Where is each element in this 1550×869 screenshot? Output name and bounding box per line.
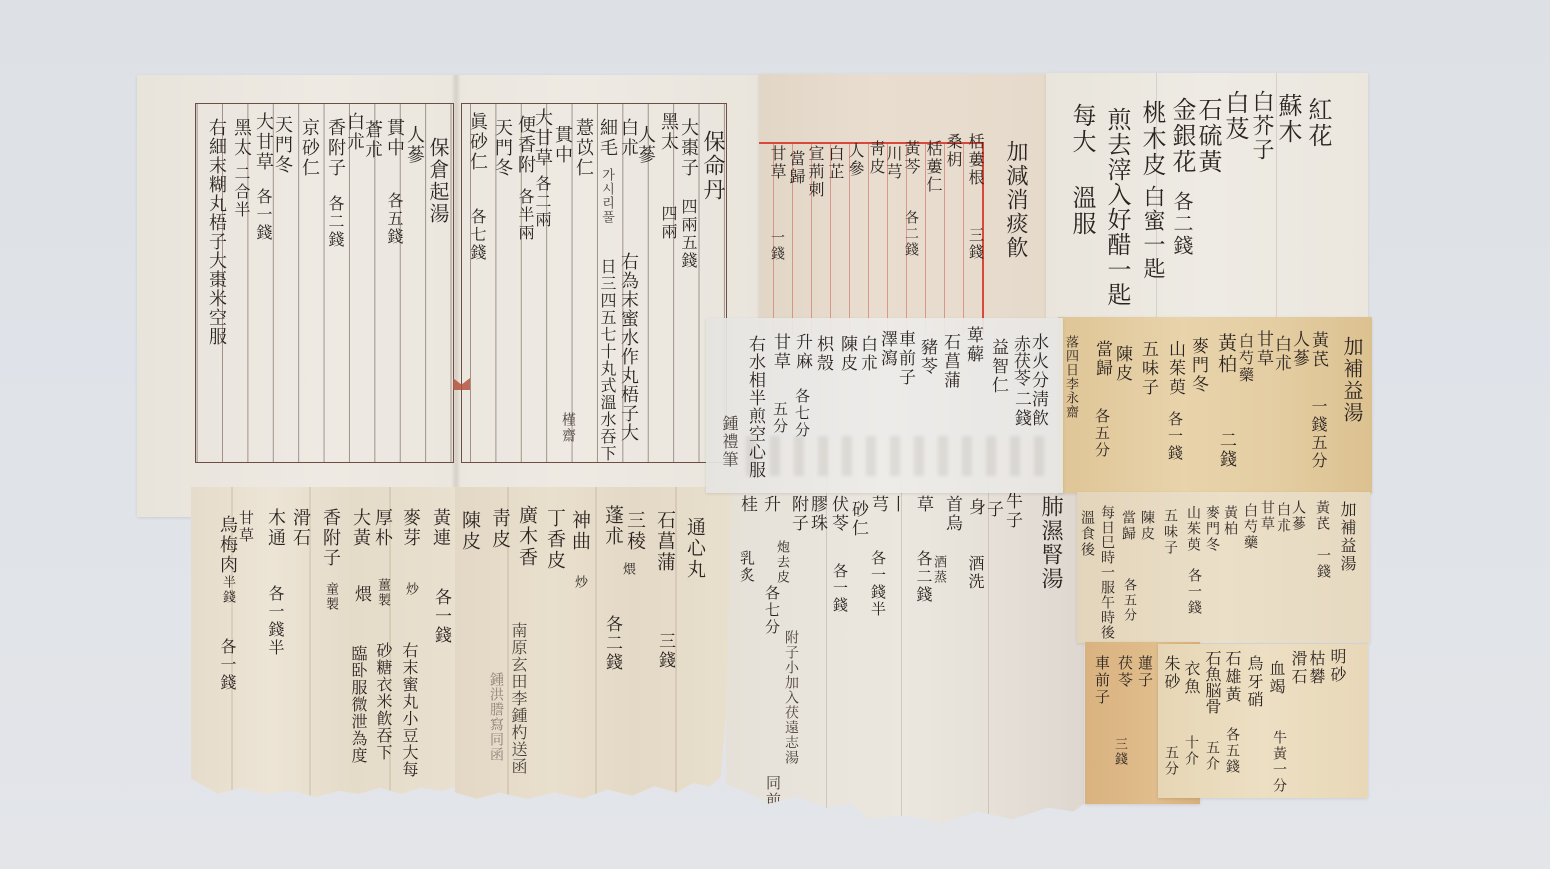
herb-name: 香附子 — [321, 508, 339, 568]
herb-name: 五味子 — [1139, 340, 1156, 397]
herb-prep: 半錢 — [221, 575, 234, 605]
herb-name: 甘草 — [1260, 500, 1274, 532]
herb-name: 麥芽 — [401, 508, 419, 548]
herb-name: 厚朴 — [373, 508, 391, 548]
herb-dose: 各五分 — [1094, 408, 1109, 459]
herb-name: 麥門冬 — [1189, 337, 1206, 394]
herb-name: 黑太 — [232, 118, 250, 158]
herb-name: 栝蔞仁 — [925, 140, 941, 194]
herb-name: 廣木香 — [517, 505, 536, 568]
herb-dose: 各一錢 — [255, 188, 271, 242]
prescription-title: 加減消痰飮 — [1004, 140, 1026, 260]
herb-name: 附子 — [789, 495, 806, 533]
herb-dose: 各一錢 — [432, 588, 449, 645]
paper-crease — [595, 487, 597, 802]
herb-name: 紅花 — [1306, 97, 1330, 149]
herb-name: 黃柏 — [1223, 505, 1237, 537]
preparation-instructions: 右細末糊丸梧子大棗米空服 — [207, 118, 225, 346]
herb-dose: 各七錢 — [469, 208, 485, 262]
herb-name: 香附子 — [326, 118, 344, 178]
herb-name: 丁香皮 — [545, 508, 564, 571]
herb-name: 大棗子 — [679, 118, 697, 178]
herb-name: 石菖蒲 — [655, 510, 674, 573]
herb-name: 白芨 — [1223, 90, 1247, 142]
herb-dose: 各一錢 — [219, 638, 235, 692]
herb-name: 烏牙硝 — [1246, 655, 1262, 709]
herb-name: 白芍藥 — [1238, 333, 1253, 384]
prescription-sheet-boik-a: 加補益湯 黃芪 一錢五分 人蔘 白朮 甘草 白芍藥 黃柏 二錢 麥門冬 山茱萸 … — [1058, 317, 1372, 493]
herb-name: 貫中 — [553, 125, 571, 165]
herb-name: 靑皮 — [868, 140, 884, 176]
preparation-instructions: 砂糖衣米飮吞下 — [375, 642, 391, 761]
herb-dose: 四兩 — [660, 205, 676, 241]
herb-name: 五味子 — [1163, 508, 1177, 556]
herb-name: 明砂 — [1329, 648, 1345, 684]
herb-name: 草 — [914, 495, 931, 514]
herb-name: 白芍藥 — [1243, 503, 1257, 551]
herb-name: 貫中 — [385, 118, 403, 158]
herb-name: 子 — [984, 500, 1001, 519]
herb-dose: 各五錢 — [1225, 727, 1239, 775]
herb-prep: 童製 — [324, 582, 337, 612]
herb-name: 黃芪 — [1315, 500, 1329, 532]
sender-signature: 南原玄田李鍾杓送函 — [510, 622, 526, 775]
prescription-title: 肺濕腎湯 — [1039, 495, 1061, 591]
herb-name: 黃柏 — [1216, 333, 1235, 375]
herb-dose: 三錢 — [656, 632, 673, 670]
herb-name: 枯礬 — [1308, 650, 1324, 686]
herb-dose: 各五分 — [1122, 578, 1135, 623]
herb-dose: 各二錢 — [904, 210, 918, 258]
herb-dose: 各二錢 — [1172, 191, 1192, 257]
center-fold — [451, 75, 461, 517]
herb-name: 首烏 — [943, 495, 960, 533]
herb-name: 人蔘 — [405, 125, 423, 165]
herb-name: 神曲 — [570, 510, 589, 552]
herb-name: 芎 — [869, 495, 886, 514]
herb-name: 白朮 — [858, 335, 875, 373]
herb-name: 車前子 — [1094, 655, 1109, 706]
preparation-instructions: 右水相半煎空心服 — [746, 335, 763, 479]
herb-name: 大黃 — [351, 508, 369, 548]
herb-name: 天門冬 — [273, 115, 291, 175]
prescription-sheet-subhwa-tissue: 水火分淸飮 赤茯苓 二錢 益智仁 萆薢 石菖蒲 豬苓 車前子 澤瀉 白朮 陳皮 … — [706, 318, 1063, 493]
total-dose: 三錢 — [1113, 737, 1126, 767]
herb-name: 升 — [761, 495, 778, 514]
herb-name: 木通 — [266, 508, 284, 548]
herb-name: 血竭 — [1268, 660, 1284, 696]
herb-name: 甘草 — [771, 333, 788, 371]
herb-dose: 四兩五錢 — [680, 198, 696, 270]
herb-name: 烏梅肉 — [218, 515, 236, 575]
herb-prep: 煨 — [621, 562, 634, 577]
herb-name: 大甘草 — [254, 112, 272, 172]
prescription-slip-mingsha: 明砂 枯礬 滑石 血竭 牛黃一分 烏牙硝 石雄黃 各五錢 石魚脳骨 五介 衣魚 … — [1158, 644, 1368, 798]
herb-dose: 各二錢 — [603, 615, 620, 672]
herb-name: 白朮 — [1272, 335, 1289, 373]
herb-name: 萆薢 — [964, 326, 981, 364]
herb-name: 白芥子 — [1250, 90, 1272, 162]
herb-name: 當歸 — [1093, 340, 1110, 378]
prescription-title: 水火分淸飮 — [1029, 333, 1046, 428]
herb-name: 甘草 — [769, 145, 785, 181]
prescription-title: 加補益湯 — [1339, 501, 1355, 573]
herb-name: 黃芩 — [903, 140, 919, 176]
herb-name: 赤茯苓 — [1011, 335, 1028, 386]
herb-dose: 白蜜一匙 — [1141, 185, 1163, 281]
herb-dose: 各二兩 — [534, 175, 550, 229]
preparation-instructions: 附子小加入茯遠志湯 — [784, 630, 798, 765]
herb-name: 人蔘 — [1291, 500, 1305, 532]
herb-dose: 二錢 — [1012, 390, 1029, 428]
dosage-instructions: 臨卧服微泄為度 — [350, 645, 366, 764]
herb-dose: 各二錢 — [327, 195, 343, 249]
show-through-ink — [746, 436, 1046, 476]
herb-prep: 炮去皮 — [775, 540, 788, 585]
herb-name: 栝蔞根 — [967, 133, 983, 187]
herb-name: 山茱萸 — [1186, 505, 1200, 553]
herb-dose: 各一錢半 — [870, 550, 885, 618]
herb-name: 白朮 — [345, 112, 363, 152]
prescription-title: 加補益湯 — [1342, 336, 1362, 424]
herb-name: 當歸 — [1121, 510, 1135, 542]
herb-name: 蘇木 — [1276, 93, 1300, 145]
herb-name: 人參 — [847, 142, 863, 178]
herb-name: 石雄黃 — [1224, 650, 1240, 704]
herb-name: 眞砂仁 — [468, 112, 486, 172]
herb-name: 便香附 — [516, 115, 534, 175]
herb-name: 枳殼 — [814, 335, 831, 373]
copyist-signature: 鍾洪謄寫同函 — [489, 672, 503, 762]
herb-name: 三稜 — [625, 510, 644, 552]
preparation-instructions: 右為末蜜水作丸梧子大 — [619, 252, 637, 442]
herb-name: 金銀花 — [1170, 97, 1194, 175]
herb-name: 白朮 — [1276, 502, 1290, 534]
herb-name: 滑石 — [1290, 650, 1306, 686]
herb-dose: 五分 — [1164, 745, 1178, 777]
herb-name: 白芷 — [827, 145, 843, 181]
herb-dose: 三錢 — [968, 227, 983, 261]
herb-name: 黃連 — [431, 508, 449, 548]
herb-name: 膠珠 — [808, 495, 825, 533]
herb-name: 人蔘 — [1290, 330, 1307, 368]
prescription-title: 通心丸 — [685, 517, 704, 580]
prescription-sheet-tongsim: 通心丸 石菖蒲 三錢 三稜 蓬朮 煨 各二錢 神曲 炒 丁香皮 廣木香 靑皮 陳… — [455, 487, 732, 802]
signature: 鍾禮筆 — [721, 415, 737, 469]
herb-dose: 五分 — [772, 401, 787, 435]
preparation-instructions: 煎去滓入好醋一匙 — [1105, 107, 1129, 307]
herb-name: 朱砂 — [1163, 655, 1179, 691]
herb-prep: 薑製 — [376, 578, 389, 608]
herb-dose: 各一錢 — [1187, 568, 1201, 616]
herb-name: 益智仁 — [989, 338, 1006, 395]
herb-name: 砂仁 — [849, 500, 866, 538]
herb-hangul-note: 가시리풀 — [600, 168, 613, 224]
herb-name: 桂 — [738, 495, 755, 514]
herb-name: 麥門冬 — [1205, 505, 1219, 553]
herb-name: 陳皮 — [1113, 345, 1130, 383]
herb-name: 牛子 — [1003, 492, 1020, 530]
herb-name: 滑石 — [291, 508, 309, 548]
dosage-instructions: 同前 — [765, 775, 780, 809]
herb-name: 白朮 — [619, 118, 637, 158]
herb-name: 黃芪 — [1309, 331, 1326, 369]
herb-name: 桃木皮 — [1140, 100, 1164, 178]
prescription-sheet-gagam: 加減消痰飮 栝蔞根 三錢 桑枂 栝蔞仁 黃芩 各二錢 川芎 靑皮 人參 白芷 宣… — [759, 74, 1047, 334]
herb-name: 天門冬 — [493, 118, 511, 178]
signature: 落四日李永齋 — [1064, 335, 1077, 419]
herb-name: 薏苡仁 — [574, 118, 592, 178]
herb-prep: 炒 — [404, 582, 417, 597]
prescription-sheet-bomyeongdan: 保命丹 大棗子 四兩五錢 黑太 四兩 人蔘 白朮 右為末蜜水作丸梧子大 細毛 가… — [137, 75, 762, 517]
herb-name: 澤瀉 — [878, 330, 895, 368]
prescription-sheet-honghwa: 紅花 蘇木 白芥子 白芨 石硫黃 金銀花 各二錢 桃木皮 白蜜一匙 煎去滓入好醋… — [1046, 73, 1368, 335]
dosage-instructions: 每大 溫服 — [1070, 103, 1094, 237]
herb-name: 伏苓 — [829, 495, 846, 533]
herb-name: 石魚脳骨 — [1204, 650, 1220, 714]
herb-name: 陳皮 — [838, 335, 855, 373]
herb-name: 陳皮 — [460, 510, 479, 552]
signature: 槿齋 — [561, 412, 575, 444]
herb-dose: 二合半 — [233, 165, 249, 219]
dosage-instructions: 溫食後 — [1080, 510, 1094, 558]
herb-dose: 十介 — [1184, 735, 1198, 767]
herb-name: 蓮子 — [1137, 655, 1152, 689]
herb-name: 桑枂 — [945, 133, 961, 169]
preparation-instructions: 右末蜜丸小豆大每 — [401, 642, 417, 778]
herb-name: 蓬朮 — [603, 505, 622, 547]
herb-name: 身 — [966, 498, 983, 517]
herb-name: 豬苓 — [918, 338, 935, 376]
prescription-sheet-boik-b: 加補益湯 黃芪 一錢 人蔘 白朮 甘草 白芍藥 黃柏 麥門冬 山茱萸 各一錢 五… — [1077, 492, 1370, 643]
herb-prep: 炒 — [573, 575, 586, 590]
herb-name: 甘草 — [1254, 330, 1271, 368]
herb-dose: 各一錢半 — [267, 585, 283, 657]
herb-name: 蒼朮 — [363, 120, 381, 160]
herb-name: 靑皮 — [490, 508, 509, 550]
herb-name: 京砂仁 — [300, 118, 318, 178]
herb-name: 甘草 — [238, 510, 253, 544]
dosage-instructions: 日三四五七十丸式溫水吞下 — [599, 258, 615, 462]
prescription-title: 保命丹 — [701, 130, 723, 202]
herb-name: 茯苓 — [1117, 655, 1132, 689]
herb-name: 細毛 — [598, 118, 616, 158]
herb-name: 陳皮 — [1140, 510, 1154, 542]
herb-name: 丨 — [887, 495, 904, 514]
herb-dose: 各五錢 — [386, 192, 402, 246]
herb-dose: 一錢 — [770, 230, 784, 262]
herb-note: 牛黃一分 — [1272, 730, 1286, 794]
herb-dose: 五介 — [1205, 740, 1219, 772]
herb-dose: 二錢 — [1217, 431, 1234, 469]
dosage-instructions: 每日巳時一服午時後 — [1100, 505, 1114, 640]
herb-dose: 各一錢 — [832, 563, 847, 614]
herb-dose: 乳炙 — [739, 550, 754, 584]
herb-name: 石硫黃 — [1196, 97, 1220, 175]
herb-name: 黑太 — [659, 112, 677, 152]
herb-dose: 一錢 — [1316, 548, 1330, 580]
herb-name: 川芎 — [885, 145, 901, 181]
herb-dose: 酒洗 — [967, 555, 983, 591]
herb-name: 車前子 — [896, 330, 913, 387]
herb-name: 當歸 — [788, 150, 804, 186]
herb-dose: 各七分 — [794, 388, 809, 439]
herb-name: 宣荊刺 — [807, 145, 823, 199]
herb-dose: 各一錢 — [1167, 411, 1182, 462]
herb-name: 衣魚 — [1183, 660, 1199, 696]
herb-name: 山茱萸 — [1166, 340, 1183, 397]
prescription-title: 保倉起湯 — [428, 137, 448, 225]
herb-dose: 各七分 — [764, 585, 779, 636]
herb-dose: 各半兩 — [517, 188, 533, 242]
herb-name: 升麻 — [793, 333, 810, 371]
prescription-sheet-hwangryeon: 黃連 各一錢 麥芽 炒 厚朴 薑製 大黃 煨 香附子 童製 滑石 木通 各一錢半… — [191, 487, 461, 797]
prescription-sheet-sinhwa: 肺濕腎湯 牛子 子 身 酒洗 首烏 草 酒蒸 各二錢 丨 芎 各一錢半 砂仁 伏… — [726, 440, 1084, 823]
herb-dose: 一錢五分 — [1310, 398, 1326, 470]
herb-prep: 煨 — [352, 585, 369, 604]
herb-prep: 酒蒸 — [932, 555, 945, 585]
herb-dose: 各二錢 — [915, 550, 931, 604]
paper-crease — [988, 440, 989, 823]
herb-name: 石菖蒲 — [941, 333, 958, 390]
